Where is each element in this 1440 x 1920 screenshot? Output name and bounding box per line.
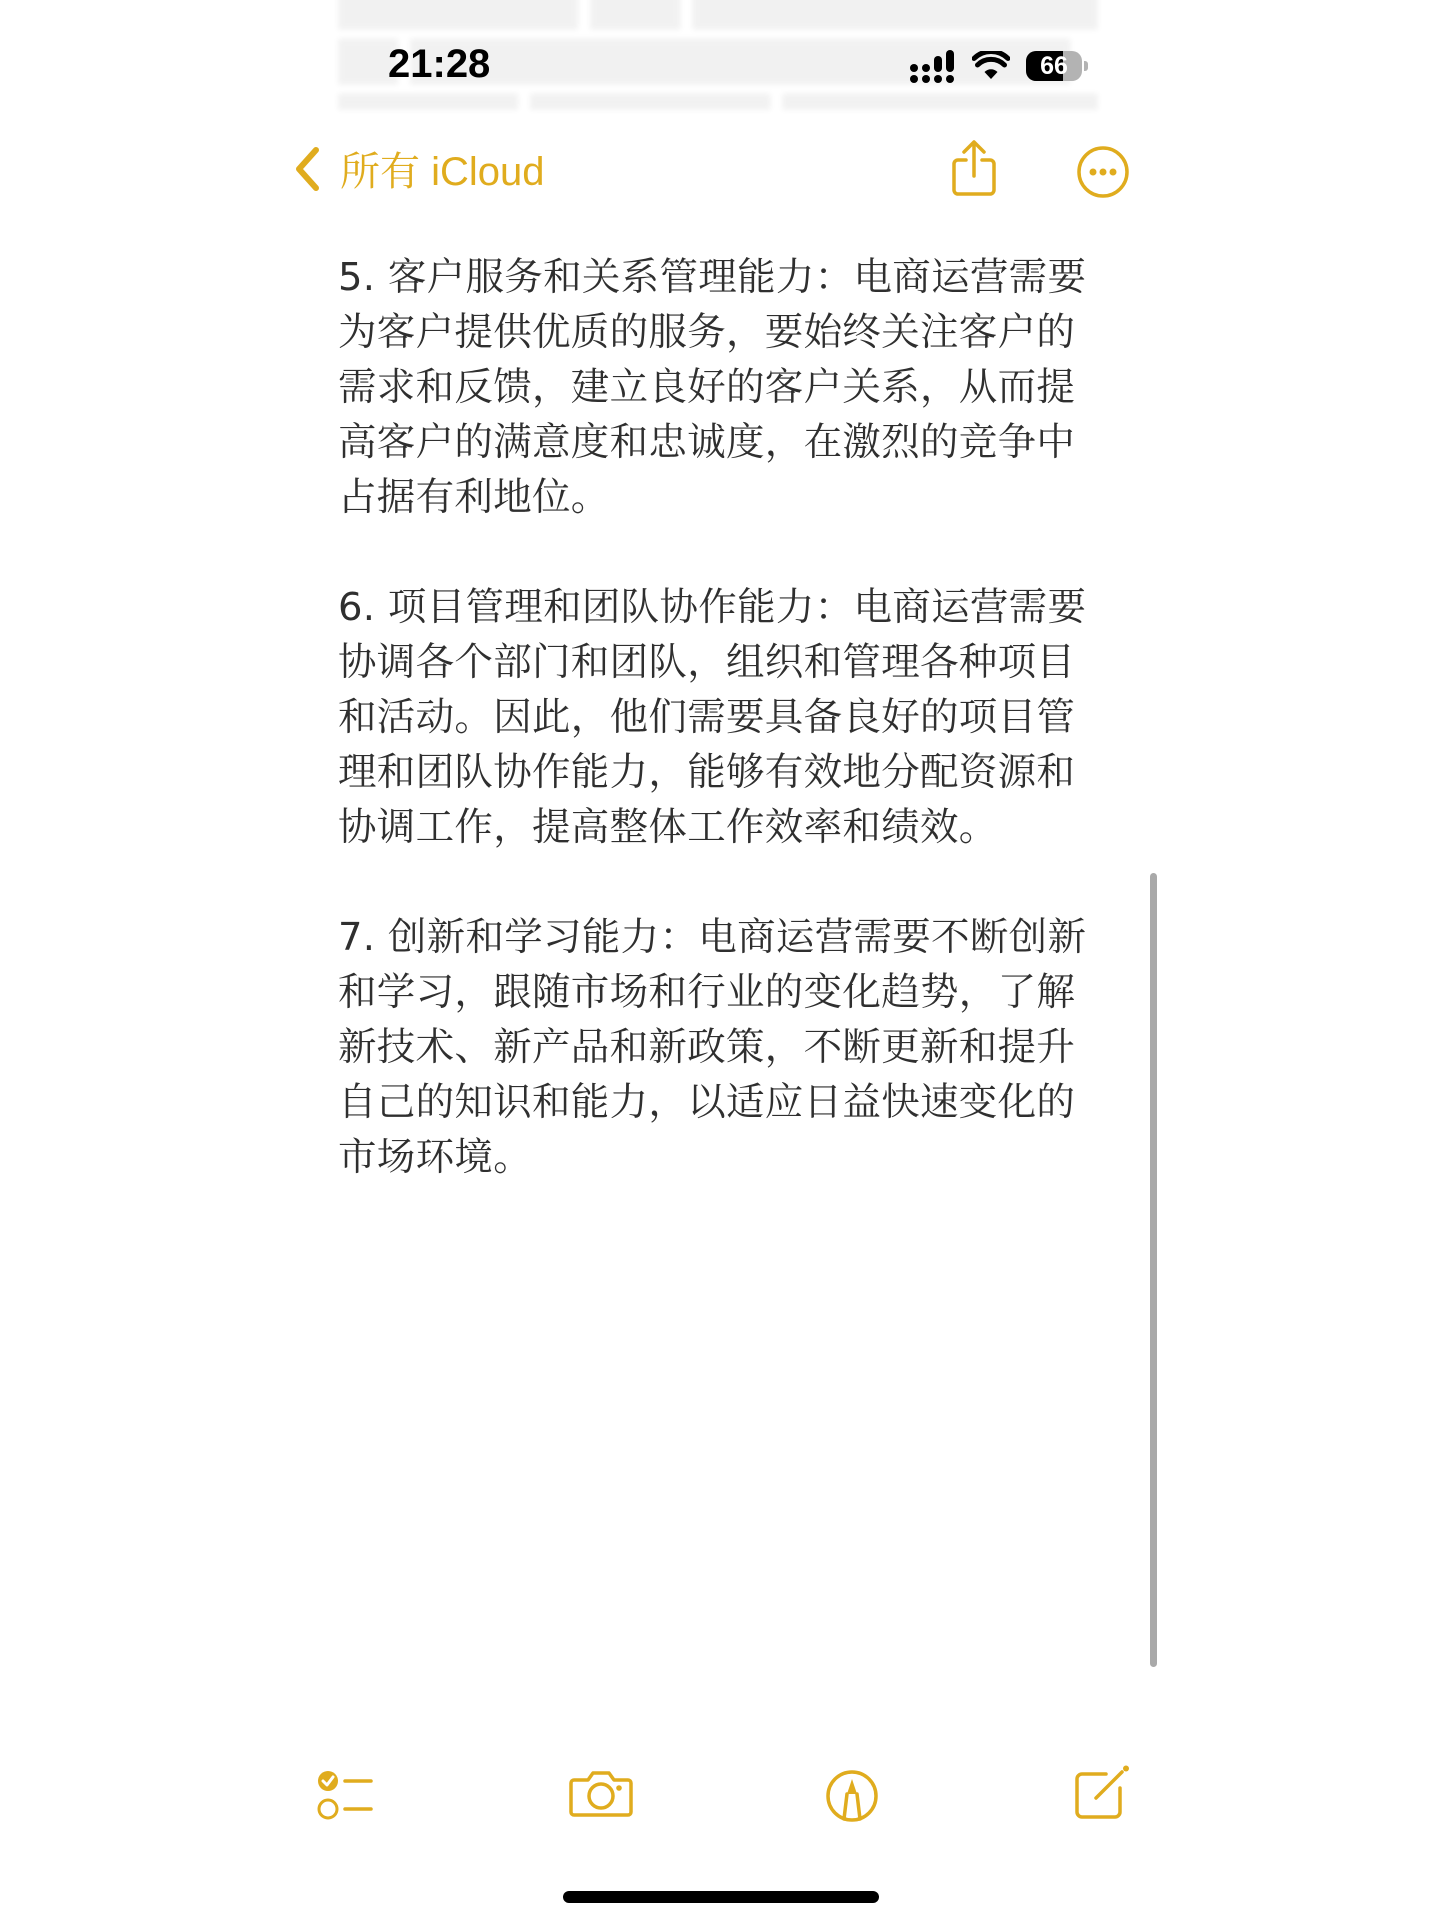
battery-nub xyxy=(1084,61,1088,71)
checklist-icon[interactable] xyxy=(315,1766,377,1822)
note-paragraph: 6. 项目管理和团队协作能力：电商运营需要协调各个部门和团队，组织和管理各种项目… xyxy=(338,580,1098,855)
home-indicator[interactable] xyxy=(563,1891,879,1903)
wifi-icon xyxy=(972,51,1010,81)
note-paragraph: 7. 创新和学习能力：电商运营需要不断创新和学习，跟随市场和行业的变化趋势，了解… xyxy=(338,910,1098,1185)
battery-icon: 66 xyxy=(1026,51,1082,81)
markup-pen-icon[interactable] xyxy=(824,1768,880,1824)
scrollbar[interactable] xyxy=(1150,873,1157,1667)
status-bar-right: 66 xyxy=(910,48,1088,84)
more-options-icon[interactable] xyxy=(1076,145,1130,199)
share-icon[interactable] xyxy=(950,138,998,200)
note-paragraph: 5. 客户服务和关系管理能力：电商运营需要为客户提供优质的服务，要始终关注客户的… xyxy=(338,250,1098,525)
back-button[interactable]: 所有 iCloud xyxy=(292,140,545,197)
note-body[interactable]: 5. 客户服务和关系管理能力：电商运营需要为客户提供优质的服务，要始终关注客户的… xyxy=(338,250,1098,1240)
battery-percent: 66 xyxy=(1026,51,1082,81)
camera-icon[interactable] xyxy=(568,1764,634,1820)
cellular-signal-icon xyxy=(910,50,954,83)
compose-icon[interactable] xyxy=(1072,1764,1134,1822)
back-button-label: 所有 iCloud xyxy=(340,140,545,197)
chevron-left-icon xyxy=(292,145,322,193)
status-time: 21:28 xyxy=(388,42,490,87)
